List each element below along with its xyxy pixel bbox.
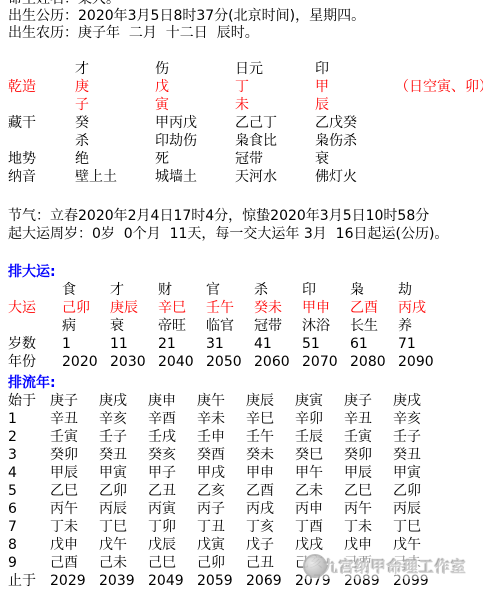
- liunian-row-label: 4: [8, 464, 50, 482]
- liunian-cell: 壬寅: [344, 428, 393, 446]
- canggan-cell: 乙戊癸: [315, 114, 395, 132]
- pillar-branch-cell: 辰: [315, 96, 395, 114]
- liunian-cell: 己巳: [148, 554, 197, 572]
- liunian-end-label: 止于: [8, 572, 50, 590]
- liunian-cell: 戊申: [50, 536, 99, 554]
- pillar-god-cell: 才: [75, 60, 155, 78]
- dayun-pillar-cell: 癸未: [254, 299, 302, 317]
- liunian-row-5: 5 乙巳乙卯乙丑乙亥乙酉乙未乙巳乙卯: [8, 482, 483, 500]
- liunian-cell: 戊辰: [148, 536, 197, 554]
- liunian-row-8: 8 戊申戊午戊辰戊寅戊子戊戌戊申戊午: [8, 536, 483, 554]
- liunian-row-3: 3 癸卯癸丑癸亥癸酉癸未癸巳癸卯癸丑: [8, 446, 483, 464]
- canggan-cell: 甲丙戊: [155, 114, 235, 132]
- dayun-age-cell: 11: [110, 335, 158, 353]
- liunian-cell: 丙戌: [246, 500, 295, 518]
- dishi-cell: 衰: [315, 150, 395, 168]
- pillar-branch-cell: 寅: [155, 96, 235, 114]
- jieqi-line: 节气：立春2020年2月4日17时4分，惊蛰2020年3月5日10时58分: [8, 207, 483, 225]
- liunian-end-year-cell: 2059: [197, 572, 246, 590]
- dayun-god-cell: 食: [62, 281, 110, 299]
- liunian-row-label: 3: [8, 446, 50, 464]
- pillar-stem-cell: 庚: [75, 78, 155, 96]
- liunian-cell: 甲寅: [393, 464, 442, 482]
- dishi-label: 地势: [8, 150, 75, 168]
- nayin-label: 纳音: [8, 168, 75, 186]
- name-line: 命主姓名：某人。: [8, 0, 483, 8]
- pillar-gods-row: 才伤日元印: [8, 60, 483, 78]
- liunian-cell: 乙卯: [393, 482, 442, 500]
- pillar-stem-cell: 甲: [315, 78, 395, 96]
- liunian-cell: 辛丑: [344, 410, 393, 428]
- liunian-end-year-cell: 2049: [148, 572, 197, 590]
- nayin-cell: 天河水: [235, 168, 315, 186]
- liunian-cell: 癸酉: [197, 446, 246, 464]
- dishi-cell: 绝: [75, 150, 155, 168]
- liunian-cell: 戊申: [344, 536, 393, 554]
- dayun-age-cell: 1: [62, 335, 110, 353]
- dayun-age-cell: 21: [158, 335, 206, 353]
- dishi-cell: 冠带: [235, 150, 315, 168]
- liunian-cell: 癸亥: [148, 446, 197, 464]
- dayun-pillar-cell: 庚辰: [110, 299, 158, 317]
- dayun-ages-row: 岁数 111213141516171: [8, 335, 483, 353]
- liunian-cell: 戊戌: [295, 536, 344, 554]
- liunian-cell: 丙辰: [99, 500, 148, 518]
- dayun-gods-row: 食才财官杀印枭劫: [8, 281, 483, 299]
- liunian-cell: 辛丑: [50, 410, 99, 428]
- dayun-stage-cell: 冠带: [254, 317, 302, 335]
- pillar-branch-cell: 未: [235, 96, 315, 114]
- liunian-cell: 丙午: [50, 500, 99, 518]
- dayun-stages-row: 病衰帝旺临官冠带沐浴长生养: [8, 317, 483, 335]
- liunian-cell: 丁亥: [246, 518, 295, 536]
- liunian-cell: 壬申: [197, 428, 246, 446]
- liunian-cell: 戊寅: [197, 536, 246, 554]
- liunian-cell: 辛酉: [148, 410, 197, 428]
- liunian-cell: 癸卯: [344, 446, 393, 464]
- canggan-god-cell: 杀: [75, 132, 155, 150]
- liunian-cell: 辛未: [197, 410, 246, 428]
- liunian-cell: 丙辰: [393, 500, 442, 518]
- dayun-god-cell: 官: [206, 281, 254, 299]
- pillar-row-label: [8, 60, 75, 78]
- liunian-cell: 戊午: [393, 536, 442, 554]
- dayun-age-cell: 61: [350, 335, 398, 353]
- pillar-stems-row: 乾造 庚戊丁甲 （日空寅、卯）: [8, 78, 483, 96]
- dayun-age-cell: 71: [398, 335, 446, 353]
- dayun-god-cell: 杀: [254, 281, 302, 299]
- liunian-cell: 乙未: [295, 482, 344, 500]
- liunian-cell: 乙巳: [50, 482, 99, 500]
- nayin-row: 纳音 壁上土城墙土天河水佛灯火: [8, 168, 483, 186]
- chart-type-label: 乾造: [8, 78, 75, 96]
- dayun-year-cell: 2050: [206, 353, 254, 371]
- liunian-cell: 庚子: [50, 392, 99, 410]
- liunian-end-year-cell: 2029: [50, 572, 99, 590]
- liunian-cell: 丁酉: [295, 518, 344, 536]
- liunian-cell: 己卯: [197, 554, 246, 572]
- birth-solar-line: 出生公历：2020年3月5日8时37分(北京时间)，星期四。: [8, 8, 483, 25]
- liunian-cell: 壬戌: [148, 428, 197, 446]
- liunian-cell: 丁巳: [393, 518, 442, 536]
- bazi-chart-document: 命主姓名：某人。 出生公历：2020年3月5日8时37分(北京时间)，星期四。 …: [0, 0, 483, 586]
- liunian-cell: 庚辰: [246, 392, 295, 410]
- liunian-cell: 乙巳: [344, 482, 393, 500]
- liunian-row-7: 7 丁未丁巳丁卯丁丑丁亥丁酉丁未丁巳: [8, 518, 483, 536]
- liunian-cell: 乙亥: [197, 482, 246, 500]
- liunian-cell: 丁丑: [197, 518, 246, 536]
- liunian-cell: 甲辰: [344, 464, 393, 482]
- dayun-age-cell: 41: [254, 335, 302, 353]
- dayun-pillar-cell: 壬午: [206, 299, 254, 317]
- canggan-row: 藏干 癸甲丙戊乙己丁乙戊癸: [8, 114, 483, 132]
- liunian-cell: 乙丑: [148, 482, 197, 500]
- liunian-end-year-cell: 2039: [99, 572, 148, 590]
- pillar-stem-cell: 丁: [235, 78, 315, 96]
- liunian-cell: 庚子: [344, 392, 393, 410]
- liunian-cell: 戊午: [99, 536, 148, 554]
- canggan-god-cell: 枭伤杀: [315, 132, 395, 150]
- liunian-cell: 丙午: [344, 500, 393, 518]
- dayun-pillar-cell: 丙戌: [398, 299, 446, 317]
- liunian-cell: 丙子: [197, 500, 246, 518]
- liunian-cell: 癸丑: [99, 446, 148, 464]
- liunian-cell: 癸卯: [50, 446, 99, 464]
- canggan-cell: 乙己丁: [235, 114, 315, 132]
- liunian-cell: 辛亥: [393, 410, 442, 428]
- year-label: 年份: [8, 353, 62, 371]
- dayun-stage-cell: 长生: [350, 317, 398, 335]
- dayun-pillar-cell: 乙酉: [350, 299, 398, 317]
- liunian-cell: 癸未: [246, 446, 295, 464]
- dayun-years-row: 年份 20202030204020502060207020802090: [8, 353, 483, 371]
- liunian-cell: 丁卯: [148, 518, 197, 536]
- liunian-start-row: 始于 庚子庚戌庚申庚午庚辰庚寅庚子庚戌: [8, 392, 483, 410]
- liunian-cell: 丙申: [295, 500, 344, 518]
- liunian-cell: 乙酉: [246, 482, 295, 500]
- liunian-cell: 丙寅: [148, 500, 197, 518]
- dayun-year-cell: 2080: [350, 353, 398, 371]
- liunian-cell: 壬子: [393, 428, 442, 446]
- pillar-god-cell: 日元: [235, 60, 315, 78]
- dayun-year-cell: 2070: [302, 353, 350, 371]
- dayun-stage-cell: 衰: [110, 317, 158, 335]
- dayun-year-cell: 2060: [254, 353, 302, 371]
- dayun-god-cell: 劫: [398, 281, 446, 299]
- liunian-cell: 庚戌: [393, 392, 442, 410]
- liunian-cell: 癸丑: [393, 446, 442, 464]
- liunian-row-6: 6 丙午丙辰丙寅丙子丙戌丙申丙午丙辰: [8, 500, 483, 518]
- pillar-branch-cell: 子: [75, 96, 155, 114]
- pillar-row-label: [8, 96, 75, 114]
- birth-lunar-line: 出生农历：庚子年 二月 十二日 辰时。: [8, 25, 483, 42]
- canggan-god-cell: 枭食比: [235, 132, 315, 150]
- liunian-cell: 壬辰: [295, 428, 344, 446]
- qiyun-line: 起大运周岁：0岁 0个月 11天，每一交大运年 3月 16日起运(公历)。: [8, 225, 483, 243]
- dayun-heading: 排大运:: [8, 263, 483, 281]
- dayun-age-cell: 51: [302, 335, 350, 353]
- dayun-stage-cell: 临官: [206, 317, 254, 335]
- liunian-cell: 丁未: [50, 518, 99, 536]
- canggan-god-cell: 印劫伤: [155, 132, 235, 150]
- dayun-year-cell: 2090: [398, 353, 446, 371]
- studio-watermark: 九宫纳甲命理工作室: [303, 553, 467, 579]
- liunian-cell: 甲午: [295, 464, 344, 482]
- dayun-pillar-cell: 甲申: [302, 299, 350, 317]
- liunian-cell: 丁未: [344, 518, 393, 536]
- liunian-cell: 甲申: [246, 464, 295, 482]
- dayun-pillar-cell: 己卯: [62, 299, 110, 317]
- pillar-god-cell: 伤: [155, 60, 235, 78]
- liunian-row-label: 6: [8, 500, 50, 518]
- dayun-label: 大运: [8, 299, 62, 317]
- liunian-end-year-cell: 2069: [246, 572, 295, 590]
- liunian-row-label: 9: [8, 554, 50, 572]
- dayun-pillars-row: 大运 己卯庚辰辛巳壬午癸未甲申乙酉丙戌: [8, 299, 483, 317]
- liunian-cell: 己丑: [246, 554, 295, 572]
- nayin-cell: 壁上土: [75, 168, 155, 186]
- pillar-branches-row: 子寅未辰: [8, 96, 483, 114]
- liunian-cell: 癸巳: [295, 446, 344, 464]
- liunian-cell: 丁巳: [99, 518, 148, 536]
- dayun-year-cell: 2030: [110, 353, 158, 371]
- void-note: （日空寅、卯）: [395, 78, 483, 96]
- dishi-cell: 死: [155, 150, 235, 168]
- liunian-start-label: 始于: [8, 392, 50, 410]
- liunian-cell: 壬子: [99, 428, 148, 446]
- liunian-cell: 甲寅: [99, 464, 148, 482]
- studio-logo-icon: [303, 554, 327, 578]
- liunian-cell: 乙卯: [99, 482, 148, 500]
- dayun-row-label: [8, 281, 62, 299]
- liunian-cell: 甲戌: [197, 464, 246, 482]
- liunian-cell: 庚午: [197, 392, 246, 410]
- liunian-row-label: 2: [8, 428, 50, 446]
- liunian-row-label: 7: [8, 518, 50, 536]
- liunian-row-2: 2 壬寅壬子壬戌壬申壬午壬辰壬寅壬子: [8, 428, 483, 446]
- liunian-cell: 庚申: [148, 392, 197, 410]
- age-label: 岁数: [8, 335, 62, 353]
- liunian-cell: 壬寅: [50, 428, 99, 446]
- dayun-god-cell: 印: [302, 281, 350, 299]
- dayun-god-cell: 枭: [350, 281, 398, 299]
- dayun-age-cell: 31: [206, 335, 254, 353]
- dayun-stage-cell: 帝旺: [158, 317, 206, 335]
- liunian-cell: 壬午: [246, 428, 295, 446]
- liunian-cell: 辛巳: [246, 410, 295, 428]
- liunian-cell: 戊子: [246, 536, 295, 554]
- liunian-row-label: 1: [8, 410, 50, 428]
- liunian-cell: 庚戌: [99, 392, 148, 410]
- studio-name: 九宫纳甲命理工作室: [323, 556, 467, 577]
- dishi-row: 地势 绝死冠带衰: [8, 150, 483, 168]
- pillar-row-label: [8, 132, 75, 150]
- canggan-gods-row: 杀印劫伤枭食比枭伤杀: [8, 132, 483, 150]
- dayun-year-cell: 2020: [62, 353, 110, 371]
- liunian-cell: 甲子: [148, 464, 197, 482]
- liunian-cell: 己酉: [50, 554, 99, 572]
- canggan-label: 藏干: [8, 114, 75, 132]
- dayun-stage-cell: 沐浴: [302, 317, 350, 335]
- dayun-god-cell: 才: [110, 281, 158, 299]
- liunian-cell: 庚寅: [295, 392, 344, 410]
- liunian-cell: 己未: [99, 554, 148, 572]
- dayun-stage-cell: 病: [62, 317, 110, 335]
- dayun-pillar-cell: 辛巳: [158, 299, 206, 317]
- dayun-row-label: [8, 317, 62, 335]
- dayun-year-cell: 2040: [158, 353, 206, 371]
- liunian-cell: 甲辰: [50, 464, 99, 482]
- liunian-row-label: 5: [8, 482, 50, 500]
- liunian-heading: 排流年:: [8, 374, 483, 392]
- pillar-stem-cell: 戊: [155, 78, 235, 96]
- liunian-row-label: 8: [8, 536, 50, 554]
- nayin-cell: 佛灯火: [315, 168, 395, 186]
- pillar-god-cell: 印: [315, 60, 395, 78]
- canggan-cell: 癸: [75, 114, 155, 132]
- liunian-cell: 辛亥: [99, 410, 148, 428]
- dayun-stage-cell: 养: [398, 317, 446, 335]
- liunian-cell: 辛卯: [295, 410, 344, 428]
- liunian-row-4: 4 甲辰甲寅甲子甲戌甲申甲午甲辰甲寅: [8, 464, 483, 482]
- liunian-row-1: 1 辛丑辛亥辛酉辛未辛巳辛卯辛丑辛亥: [8, 410, 483, 428]
- nayin-cell: 城墙土: [155, 168, 235, 186]
- dayun-god-cell: 财: [158, 281, 206, 299]
